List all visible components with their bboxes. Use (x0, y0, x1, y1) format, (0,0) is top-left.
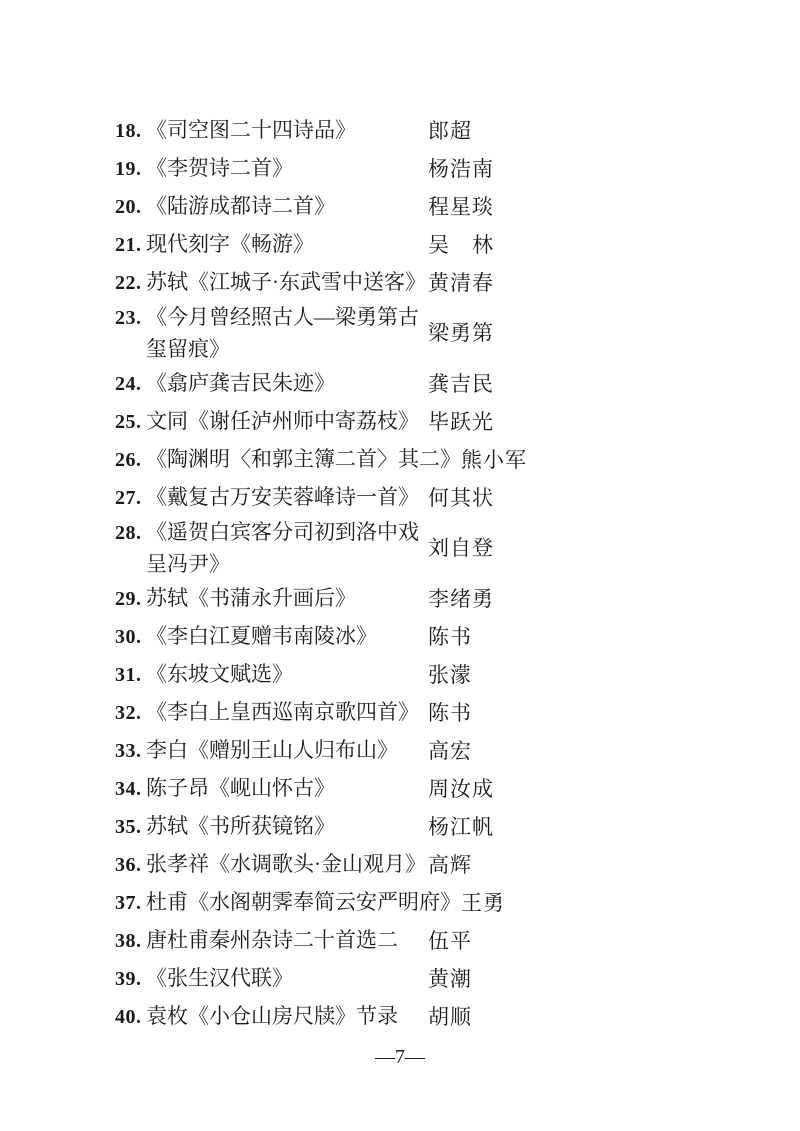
list-item: 32.《李白上皇西巡南京歌四首》陈书 (115, 694, 800, 732)
item-title: 26.《陶渊明〈和郭主簿二首〉其二》 (115, 441, 461, 479)
item-title-text: 《东坡文赋选》 (146, 662, 293, 686)
item-title-line: 40.袁枚《小仓山房尺牍》节录 (115, 998, 428, 1036)
item-title-line: 22.苏轼《江城子·东武雪中送客》 (115, 264, 428, 302)
item-title-text: 陈子昂《岘山怀古》 (146, 776, 335, 800)
item-author: 高宏 (428, 733, 472, 770)
item-title-text: 唐杜甫秦州杂诗二十首选二 (146, 928, 398, 952)
item-author: 胡顺 (428, 999, 472, 1036)
item-title-line: 19.《李贺诗二首》 (115, 150, 428, 188)
item-title-text: 《司空图二十四诗品》 (146, 118, 356, 142)
item-title-line: 27.《戴复古万安芙蓉峰诗一首》 (115, 479, 428, 517)
item-number: 36. (115, 847, 146, 884)
list-item: 24.《翕庐龚吉民朱迹》龚吉民 (115, 365, 800, 403)
item-title-text: 《陶渊明〈和郭主簿二首〉其二》 (146, 447, 461, 471)
item-number: 39. (115, 961, 146, 998)
item-title-line: 29.苏轼《书蒲永升画后》 (115, 580, 428, 618)
item-title-text: 李白《赠别王山人归布山》 (146, 738, 398, 762)
page-footer: —7— (0, 1044, 800, 1070)
item-title-text: 《陆游成都诗二首》 (146, 194, 335, 218)
item-title: 38.唐杜甫秦州杂诗二十首选二 (115, 922, 428, 960)
item-title-line: 34.陈子昂《岘山怀古》 (115, 770, 428, 808)
item-author: 梁勇第 (428, 315, 494, 352)
item-number: 33. (115, 733, 146, 770)
item-author: 黄清春 (428, 265, 494, 302)
list-item: 26.《陶渊明〈和郭主簿二首〉其二》熊小军 (115, 441, 800, 479)
item-title-text: 苏轼《书蒲永升画后》 (146, 586, 356, 610)
list-item: 34.陈子昂《岘山怀古》周汝成 (115, 770, 800, 808)
item-author: 刘自登 (428, 530, 494, 567)
item-title: 29.苏轼《书蒲永升画后》 (115, 580, 428, 618)
item-title-line: 28.《遥贺白宾客分司初到洛中戏 (115, 517, 428, 549)
item-title: 21.现代刻字《畅游》 (115, 226, 428, 264)
item-title: 34.陈子昂《岘山怀古》 (115, 770, 428, 808)
item-title-line: 32.《李白上皇西巡南京歌四首》 (115, 694, 428, 732)
item-title-line: 25.文同《谢任泸州师中寄荔枝》 (115, 403, 428, 441)
list-item: 40.袁枚《小仓山房尺牍》节录胡顺 (115, 998, 800, 1036)
item-number: 19. (115, 151, 146, 188)
item-number: 22. (115, 265, 146, 302)
list-item: 25.文同《谢任泸州师中寄荔枝》毕跃光 (115, 403, 800, 441)
item-title-line: 26.《陶渊明〈和郭主簿二首〉其二》 (115, 441, 461, 479)
item-title-text: 《遥贺白宾客分司初到洛中戏 (146, 520, 419, 544)
item-title-line: 39.《张生汉代联》 (115, 960, 428, 998)
item-title-text: 袁枚《小仓山房尺牍》节录 (146, 1004, 398, 1028)
item-title-text: 《李贺诗二首》 (146, 156, 293, 180)
item-number: 25. (115, 404, 146, 441)
item-number: 20. (115, 189, 146, 226)
list-item: 22.苏轼《江城子·东武雪中送客》黄清春 (115, 264, 800, 302)
item-title-text: 现代刻字《畅游》 (146, 232, 314, 256)
item-title-text: 苏轼《江城子·东武雪中送客》 (146, 270, 426, 294)
item-title: 19.《李贺诗二首》 (115, 150, 428, 188)
list-item: 31.《东坡文赋选》张濛 (115, 656, 800, 694)
item-title: 32.《李白上皇西巡南京歌四首》 (115, 694, 428, 732)
item-number: 30. (115, 619, 146, 656)
item-title-text-wrap: 呈冯尹》 (115, 549, 428, 580)
item-number: 24. (115, 366, 146, 403)
item-title-text: 《张生汉代联》 (146, 966, 293, 990)
item-author: 伍平 (428, 923, 472, 960)
list-item: 36.张孝祥《水调歌头·金山观月》高辉 (115, 846, 800, 884)
item-title: 37.杜甫《水阁朝霁奉简云安严明府》 (115, 884, 461, 922)
page-number: —7— (375, 1046, 425, 1068)
item-title: 36.张孝祥《水调歌头·金山观月》 (115, 846, 428, 884)
item-author: 陈书 (428, 619, 472, 656)
item-title-text: 文同《谢任泸州师中寄荔枝》 (146, 409, 419, 433)
item-author: 黄潮 (428, 961, 472, 998)
item-author: 李绪勇 (428, 581, 494, 618)
item-title: 22.苏轼《江城子·东武雪中送客》 (115, 264, 428, 302)
item-title-text: 《翕庐龚吉民朱迹》 (146, 371, 335, 395)
item-author: 陈书 (428, 695, 472, 732)
item-title: 27.《戴复古万安芙蓉峰诗一首》 (115, 479, 428, 517)
item-title: 18.《司空图二十四诗品》 (115, 112, 428, 150)
item-title-text: 苏轼《书所获镜铭》 (146, 814, 335, 838)
item-title-line: 20.《陆游成都诗二首》 (115, 188, 428, 226)
list-item: 37.杜甫《水阁朝霁奉简云安严明府》王勇 (115, 884, 800, 922)
item-number: 21. (115, 227, 146, 264)
list-item: 18.《司空图二十四诗品》郎超 (115, 112, 800, 150)
item-title-text: 《今月曾经照古人—梁勇第古 (146, 305, 419, 329)
item-title: 31.《东坡文赋选》 (115, 656, 428, 694)
item-title-line: 33.李白《赠别王山人归布山》 (115, 732, 428, 770)
item-title-text: 《戴复古万安芙蓉峰诗一首》 (146, 485, 419, 509)
item-title-line: 31.《东坡文赋选》 (115, 656, 428, 694)
item-title-line: 18.《司空图二十四诗品》 (115, 112, 428, 150)
item-title-text: 杜甫《水阁朝霁奉简云安严明府》 (146, 890, 461, 914)
item-title-line: 38.唐杜甫秦州杂诗二十首选二 (115, 922, 428, 960)
item-number: 32. (115, 695, 146, 732)
item-title-line: 30.《李白江夏赠韦南陵冰》 (115, 618, 428, 656)
list-item: 30.《李白江夏赠韦南陵冰》陈书 (115, 618, 800, 656)
item-number: 27. (115, 480, 146, 517)
item-title-text: 《李白上皇西巡南京歌四首》 (146, 700, 419, 724)
item-title-line: 35.苏轼《书所获镜铭》 (115, 808, 428, 846)
works-list: 18.《司空图二十四诗品》郎超19.《李贺诗二首》杨浩南20.《陆游成都诗二首》… (115, 112, 800, 1036)
item-title: 39.《张生汉代联》 (115, 960, 428, 998)
item-title: 23.《今月曾经照古人—梁勇第古玺留痕》 (115, 302, 428, 365)
list-item: 28.《遥贺白宾客分司初到洛中戏呈冯尹》刘自登 (115, 517, 800, 580)
list-item: 19.《李贺诗二首》杨浩南 (115, 150, 800, 188)
item-author: 高辉 (428, 847, 472, 884)
item-author: 何其状 (428, 480, 494, 517)
item-number: 34. (115, 771, 146, 808)
document-page: 18.《司空图二十四诗品》郎超19.《李贺诗二首》杨浩南20.《陆游成都诗二首》… (0, 0, 800, 1131)
list-item: 23.《今月曾经照古人—梁勇第古玺留痕》梁勇第 (115, 302, 800, 365)
item-title: 33.李白《赠别王山人归布山》 (115, 732, 428, 770)
item-number: 31. (115, 657, 146, 694)
item-title-line: 36.张孝祥《水调歌头·金山观月》 (115, 846, 428, 884)
item-title: 25.文同《谢任泸州师中寄荔枝》 (115, 403, 428, 441)
item-number: 29. (115, 581, 146, 618)
item-author: 龚吉民 (428, 366, 494, 403)
item-number: 26. (115, 442, 146, 479)
item-author: 王勇 (461, 885, 505, 922)
item-author: 吴 林 (428, 227, 494, 264)
item-title: 35.苏轼《书所获镜铭》 (115, 808, 428, 846)
item-author: 毕跃光 (428, 404, 494, 441)
item-title-line: 23.《今月曾经照古人—梁勇第古 (115, 302, 428, 334)
item-title-line: 37.杜甫《水阁朝霁奉简云安严明府》 (115, 884, 461, 922)
item-title-text-wrap: 玺留痕》 (115, 334, 428, 365)
item-author: 杨江帆 (428, 809, 494, 846)
item-title: 20.《陆游成都诗二首》 (115, 188, 428, 226)
list-item: 27.《戴复古万安芙蓉峰诗一首》何其状 (115, 479, 800, 517)
list-item: 33.李白《赠别王山人归布山》高宏 (115, 732, 800, 770)
list-item: 35.苏轼《书所获镜铭》杨江帆 (115, 808, 800, 846)
item-number: 23. (115, 303, 146, 334)
item-number: 40. (115, 999, 146, 1036)
item-title: 28.《遥贺白宾客分司初到洛中戏呈冯尹》 (115, 517, 428, 580)
item-title-text: 张孝祥《水调歌头·金山观月》 (146, 852, 426, 876)
list-item: 21.现代刻字《畅游》吴 林 (115, 226, 800, 264)
item-title: 40.袁枚《小仓山房尺牍》节录 (115, 998, 428, 1036)
list-item: 39.《张生汉代联》黄潮 (115, 960, 800, 998)
item-number: 38. (115, 923, 146, 960)
list-item: 38.唐杜甫秦州杂诗二十首选二伍平 (115, 922, 800, 960)
item-author: 周汝成 (428, 771, 494, 808)
item-title: 24.《翕庐龚吉民朱迹》 (115, 365, 428, 403)
item-title-line: 21.现代刻字《畅游》 (115, 226, 428, 264)
item-title-line: 24.《翕庐龚吉民朱迹》 (115, 365, 428, 403)
item-number: 37. (115, 885, 146, 922)
item-author: 杨浩南 (428, 151, 494, 188)
item-author: 张濛 (428, 657, 472, 694)
item-number: 18. (115, 113, 146, 150)
item-title-text: 《李白江夏赠韦南陵冰》 (146, 624, 377, 648)
list-item: 29.苏轼《书蒲永升画后》李绪勇 (115, 580, 800, 618)
item-author: 熊小军 (461, 442, 527, 479)
item-author: 郎超 (428, 113, 472, 150)
item-title: 30.《李白江夏赠韦南陵冰》 (115, 618, 428, 656)
list-item: 20.《陆游成都诗二首》程星琰 (115, 188, 800, 226)
item-number: 28. (115, 518, 146, 549)
item-number: 35. (115, 809, 146, 846)
item-author: 程星琰 (428, 189, 494, 226)
